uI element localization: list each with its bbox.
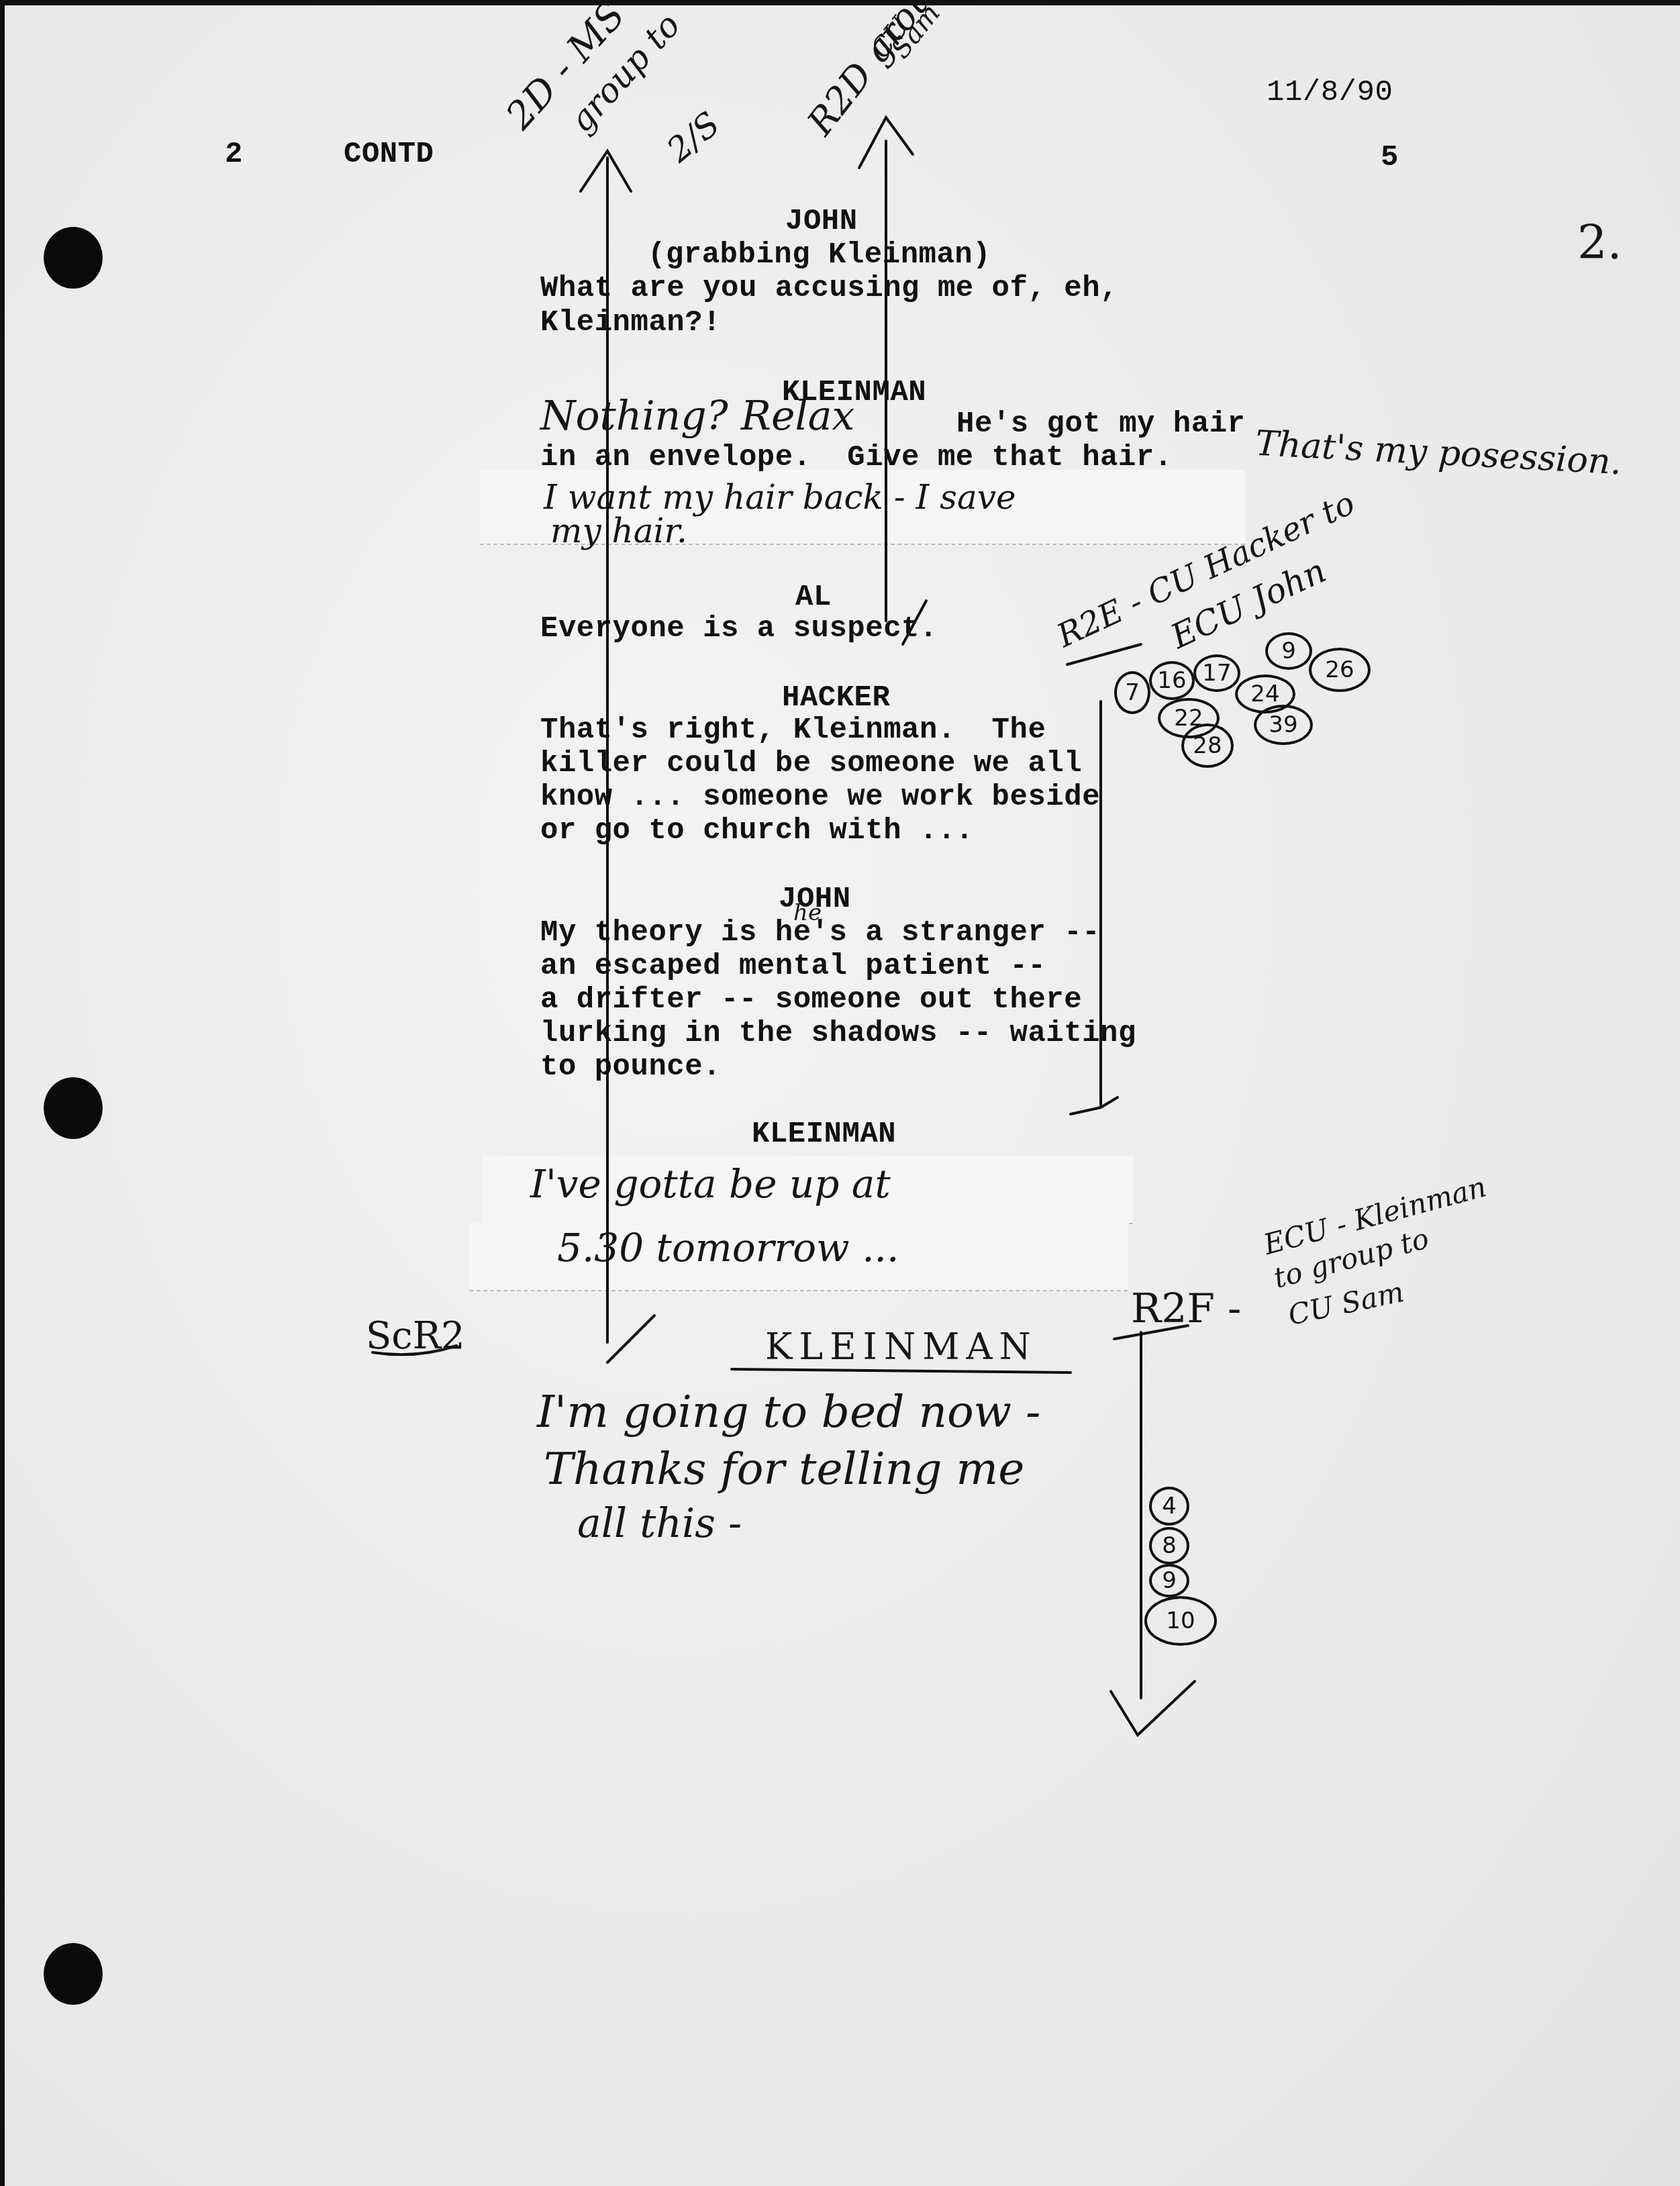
arrow-up-icon bbox=[581, 151, 631, 191]
coverage-lines bbox=[0, 0, 1680, 2186]
checkmark-icon bbox=[1111, 1681, 1195, 1735]
